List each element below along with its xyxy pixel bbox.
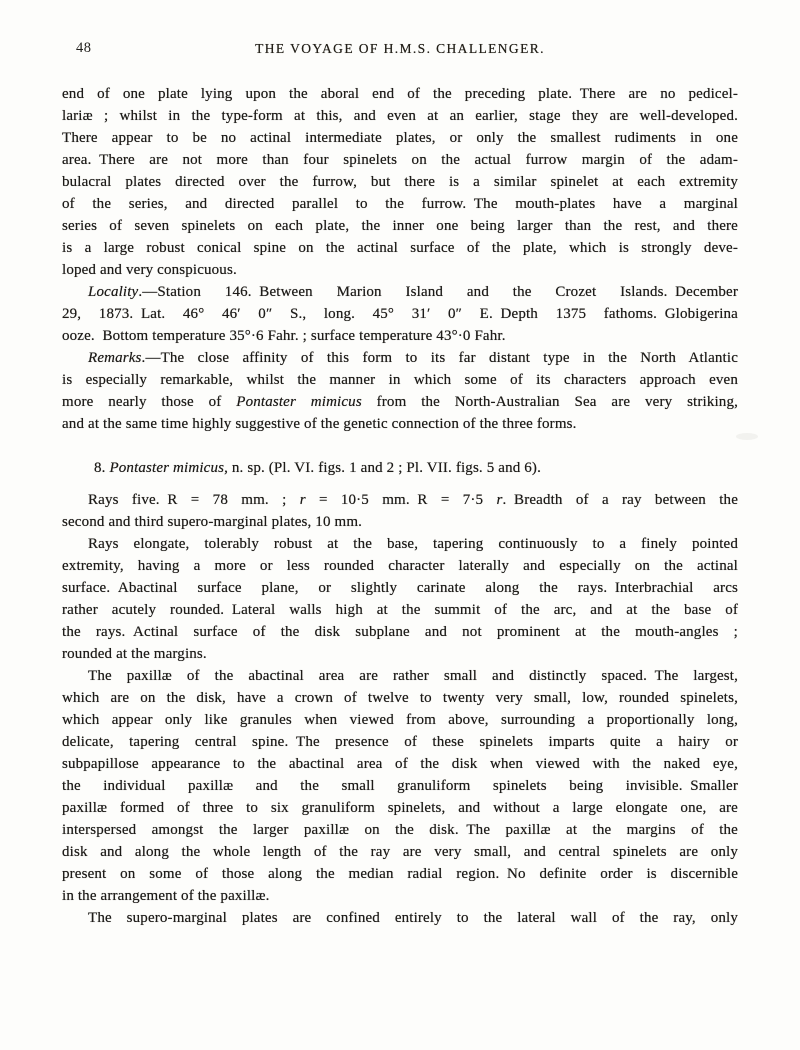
italic-text-run: Remarks	[88, 350, 142, 366]
text-run: disk and along the whole length of the r…	[62, 844, 738, 860]
text-run: loped and very conspicuous.	[62, 262, 237, 278]
text-line: interspersed amongst the larger paxillæ …	[62, 819, 738, 841]
text-line: area. There are not more than four spine…	[62, 149, 738, 171]
text-line: is a large robust conical spine on the a…	[62, 237, 738, 259]
text-run: surface. Abactinal surface plane, or sli…	[62, 580, 738, 596]
text-run: second and third supero-marginal plates,…	[62, 514, 362, 530]
text-line: Locality.—Station 146. Between Marion Is…	[62, 281, 738, 303]
italic-text-run: Locality	[88, 284, 138, 300]
text-line: series of seven spinelets on each plate,…	[62, 215, 738, 237]
text-run: There appear to be no actinal intermedia…	[62, 130, 738, 146]
text-line: in the arrangement of the paxillæ.	[62, 885, 738, 907]
text-run: = 10·5 mm. R = 7·5	[306, 492, 497, 508]
text-run: is a large robust conical spine on the a…	[62, 240, 738, 256]
text-line: ooze. Bottom temperature 35°·6 Fahr. ; s…	[62, 325, 738, 347]
text-run: .—Station 146. Between Marion Island and…	[138, 284, 738, 300]
text-line: lariæ ; whilst in the type-form at this,…	[62, 105, 738, 127]
text-run: subpapillose appearance to the abactinal…	[62, 756, 738, 772]
text-line: Remarks.—The close affinity of this form…	[62, 347, 738, 369]
paragraph: end of one plate lying upon the aboral e…	[62, 83, 738, 281]
text-line: which appear only like granules when vie…	[62, 709, 738, 731]
text-line: bulacral plates directed over the furrow…	[62, 171, 738, 193]
text-run: which appear only like granules when vie…	[62, 712, 738, 728]
text-line: There appear to be no actinal intermedia…	[62, 127, 738, 149]
text-run: The supero-marginal plates are confined …	[88, 910, 738, 926]
text-line: loped and very conspicuous.	[62, 259, 738, 281]
paragraph: Rays five. R = 78 mm. ; r = 10·5 mm. R =…	[62, 489, 738, 533]
paragraph: The paxillæ of the abactinal area are ra…	[62, 665, 738, 907]
text-line: subpapillose appearance to the abactinal…	[62, 753, 738, 775]
text-run: and at the same time highly suggestive o…	[62, 416, 577, 432]
text-run: , n. sp. (Pl. VI. figs. 1 and 2 ; Pl. VI…	[224, 460, 541, 476]
text-run: the rays. Actinal surface of the disk su…	[62, 624, 738, 640]
text-line: The supero-marginal plates are confined …	[62, 907, 738, 929]
text-run: .—The close affinity of this form to its…	[142, 350, 738, 366]
page-header: 48 THE VOYAGE OF H.M.S. CHALLENGER.	[0, 40, 800, 60]
paragraph: Rays elongate, tolerably robust at the b…	[62, 533, 738, 665]
paragraph: Remarks.—The close affinity of this form…	[62, 347, 738, 435]
text-line: extremity, having a more or less rounded…	[62, 555, 738, 577]
text-line: end of one plate lying upon the aboral e…	[62, 83, 738, 105]
text-run: which are on the disk, have a crown of t…	[62, 690, 738, 706]
text-run: paxillæ formed of three to six granulifo…	[62, 800, 738, 816]
text-run: 8.	[94, 460, 109, 476]
text-line: paxillæ formed of three to six granulifo…	[62, 797, 738, 819]
text-run: end of one plate lying upon the aboral e…	[62, 86, 738, 102]
book-page: 48 THE VOYAGE OF H.M.S. CHALLENGER. end …	[0, 0, 800, 1050]
text-line: Rays five. R = 78 mm. ; r = 10·5 mm. R =…	[62, 489, 738, 511]
italic-text-run: Pontaster mimicus	[109, 460, 224, 476]
paragraph: The supero-marginal plates are confined …	[62, 907, 738, 929]
text-run: . Breadth of a ray between the	[503, 492, 739, 508]
text-run: bulacral plates directed over the furrow…	[62, 174, 738, 190]
text-line: and at the same time highly suggestive o…	[62, 413, 738, 435]
text-run: series of seven spinelets on each plate,…	[62, 218, 738, 234]
text-line: the rays. Actinal surface of the disk su…	[62, 621, 738, 643]
text-run: The paxillæ of the abactinal area are ra…	[88, 668, 738, 684]
text-run: interspersed amongst the larger paxillæ …	[62, 822, 738, 838]
text-run: lariæ ; whilst in the type-form at this,…	[62, 108, 738, 124]
paragraph: Locality.—Station 146. Between Marion Is…	[62, 281, 738, 347]
scan-artifact	[736, 433, 758, 440]
text-run: delicate, tapering central spine. The pr…	[62, 734, 738, 750]
text-run: rather acutely rounded. Lateral walls hi…	[62, 602, 738, 618]
text-line: 29, 1873. Lat. 46° 46′ 0″ S., long. 45° …	[62, 303, 738, 325]
text-line: of the series, and directed parallel to …	[62, 193, 738, 215]
text-run: present on some of those along the media…	[62, 866, 738, 882]
text-line: present on some of those along the media…	[62, 863, 738, 885]
text-run: area. There are not more than four spine…	[62, 152, 738, 168]
text-line: delicate, tapering central spine. The pr…	[62, 731, 738, 753]
text-run: in the arrangement of the paxillæ.	[62, 888, 270, 904]
text-line: surface. Abactinal surface plane, or sli…	[62, 577, 738, 599]
text-line: is especially remarkable, whilst the man…	[62, 369, 738, 391]
italic-text-run: Pontaster mimicus	[236, 394, 362, 410]
text-line: second and third supero-marginal plates,…	[62, 511, 738, 533]
text-run: ooze. Bottom temperature 35°·6 Fahr. ; s…	[62, 328, 506, 344]
text-run: Rays elongate, tolerably robust at the b…	[88, 536, 738, 552]
text-line: Rays elongate, tolerably robust at the b…	[62, 533, 738, 555]
text-line: which are on the disk, have a crown of t…	[62, 687, 738, 709]
text-run: rounded at the margins.	[62, 646, 207, 662]
text-run: of the series, and directed parallel to …	[62, 196, 738, 212]
running-title: THE VOYAGE OF H.M.S. CHALLENGER.	[0, 41, 800, 57]
text-run: Rays five. R = 78 mm. ;	[88, 492, 300, 508]
text-run: the individual paxillæ and the small gra…	[62, 778, 738, 794]
text-run: 29, 1873. Lat. 46° 46′ 0″ S., long. 45° …	[62, 306, 738, 322]
text-line: 8. Pontaster mimicus, n. sp. (Pl. VI. fi…	[62, 457, 738, 479]
text-line: The paxillæ of the abactinal area are ra…	[62, 665, 738, 687]
text-line: more nearly those of Pontaster mimicus f…	[62, 391, 738, 413]
text-line: the individual paxillæ and the small gra…	[62, 775, 738, 797]
text-line: rather acutely rounded. Lateral walls hi…	[62, 599, 738, 621]
text-run: from the North-Australian Sea are very s…	[362, 394, 738, 410]
text-line: rounded at the margins.	[62, 643, 738, 665]
text-run: extremity, having a more or less rounded…	[62, 558, 738, 574]
text-run: more nearly those of	[62, 394, 236, 410]
text-line: disk and along the whole length of the r…	[62, 841, 738, 863]
text-run: is especially remarkable, whilst the man…	[62, 372, 738, 388]
text-block: end of one plate lying upon the aboral e…	[62, 83, 738, 929]
species-heading: 8. Pontaster mimicus, n. sp. (Pl. VI. fi…	[62, 457, 738, 479]
